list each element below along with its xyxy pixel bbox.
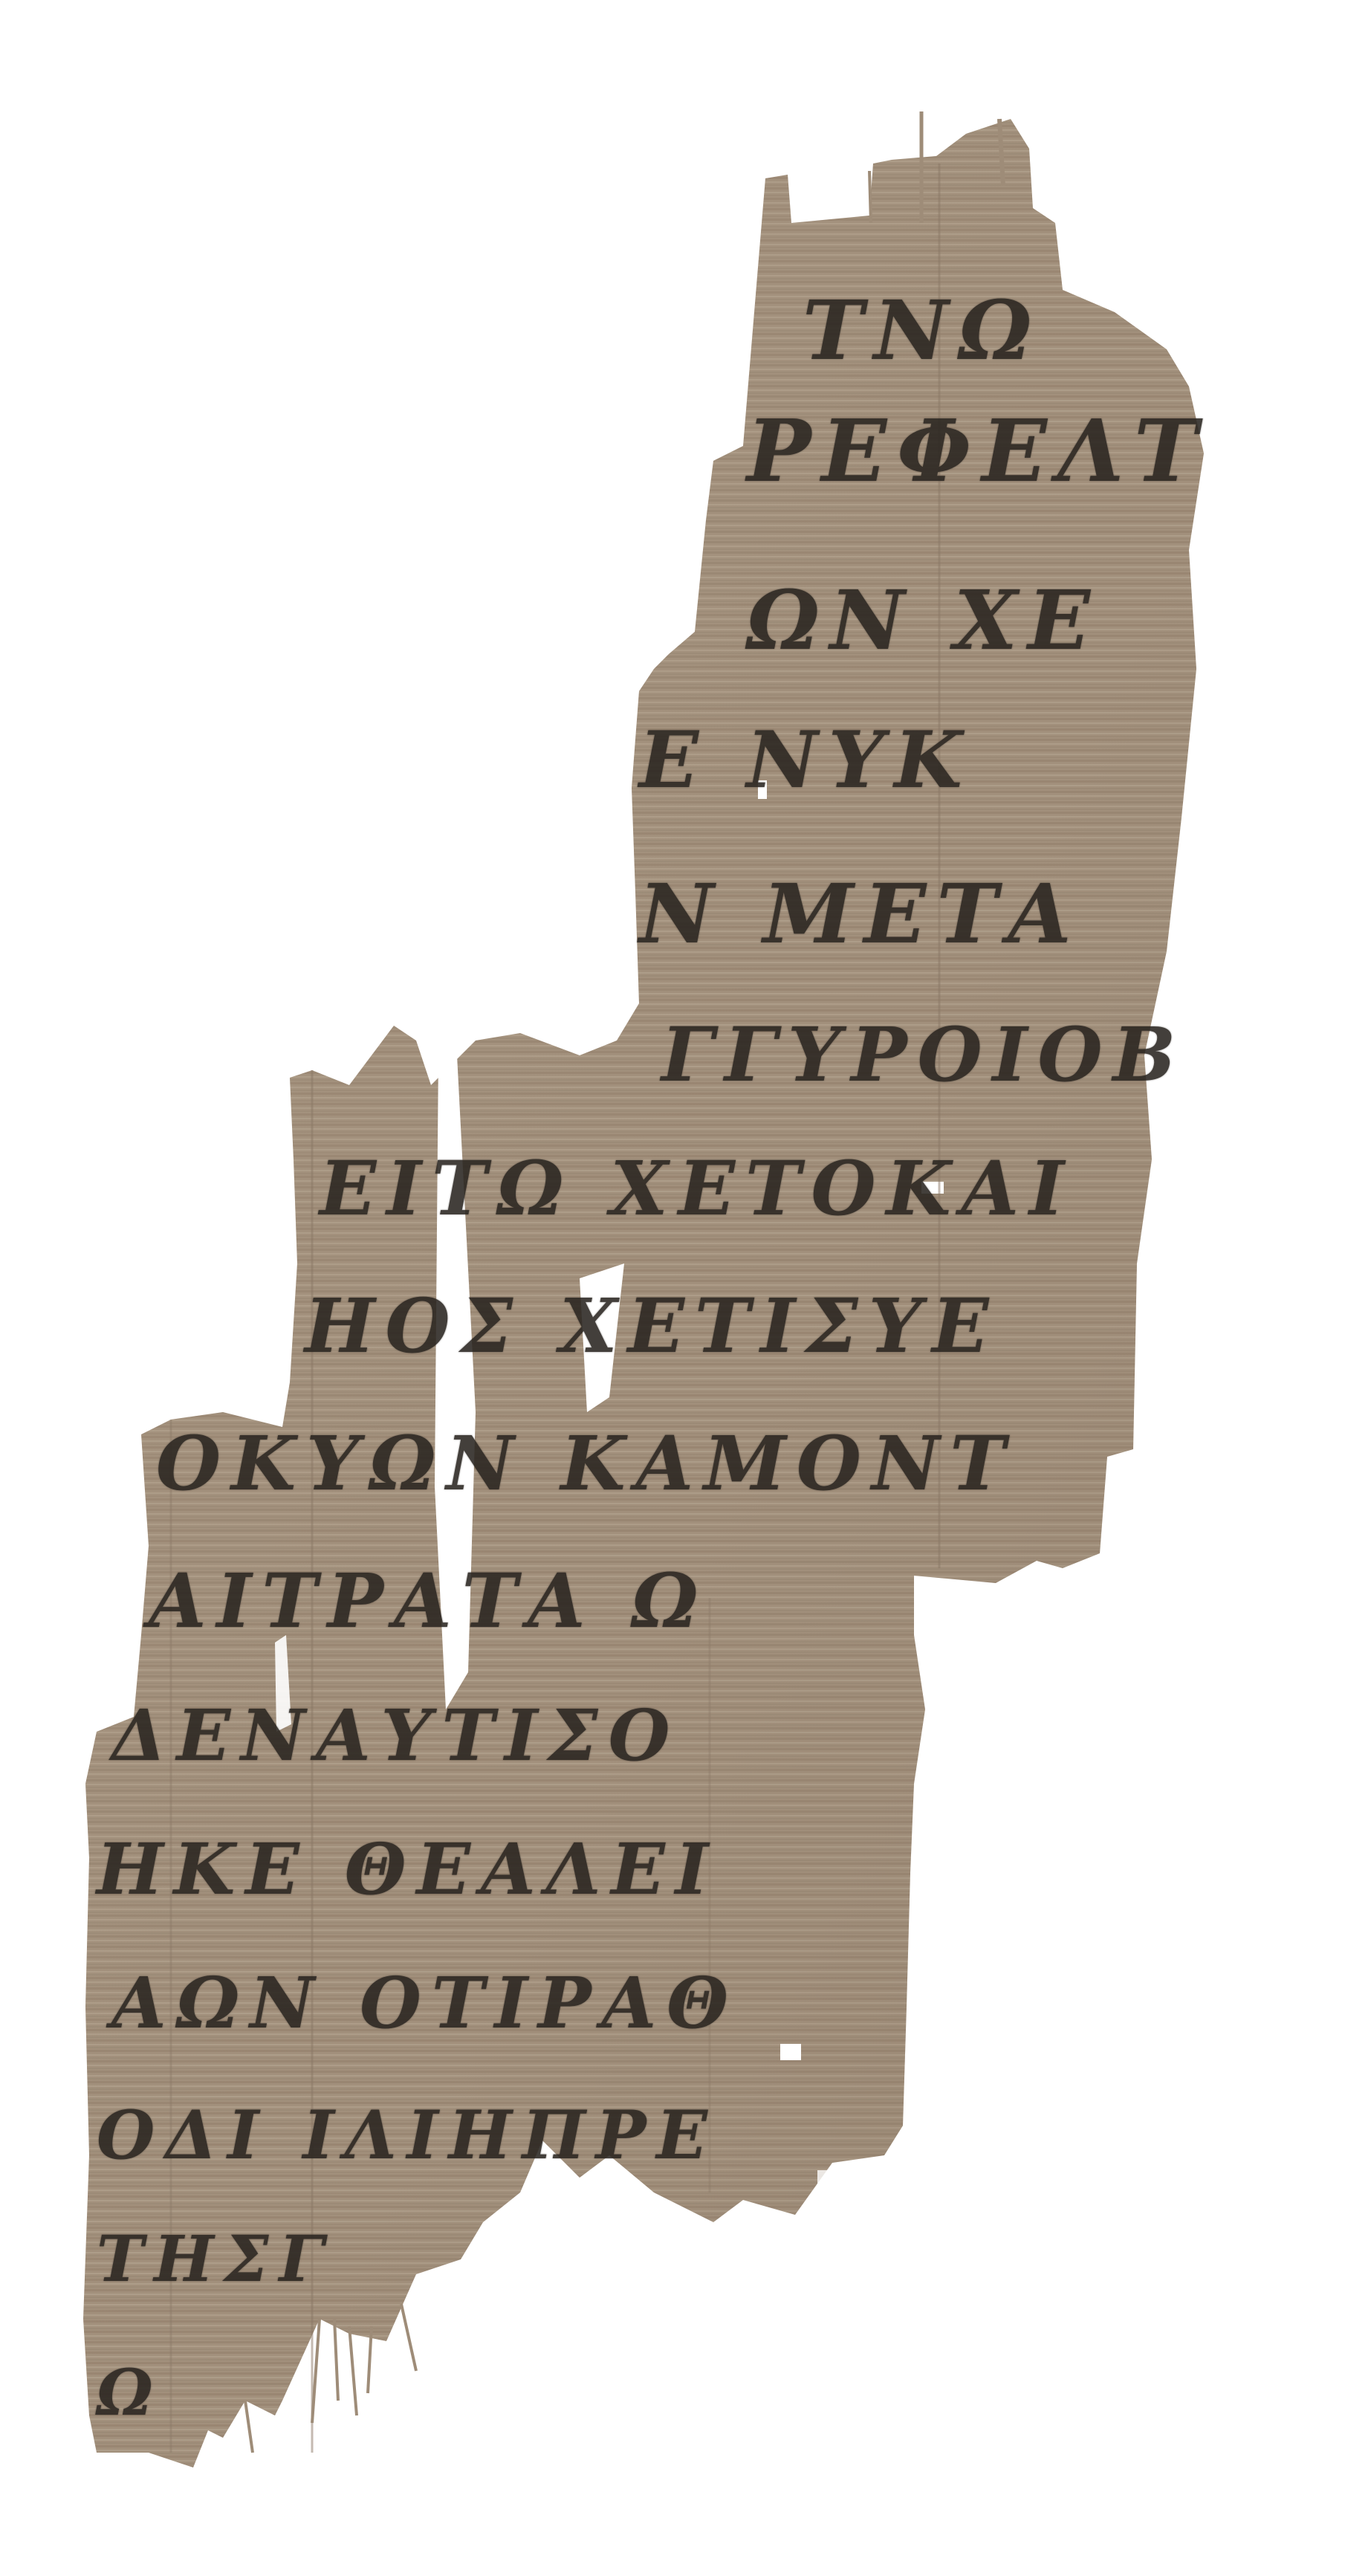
text-line-13: ΑΩΝ ΟΤΙΡΑΘ [111,1962,739,2045]
text-line-8: ΗΟΣ ΧΕΤΙΣΥΕ [305,1282,999,1370]
text-line-14: ΟΔΙ ΙΛΙΗΠΡΕ [97,2096,718,2175]
text-line-7: ΕΙΤΩ ΧΕΤΟΚΑΙ [320,1145,1075,1232]
text-line-1: ΤΝΩ [803,282,1042,378]
text-line-12: ΗΚΕ ΘΕΑΛΕΙ [97,1828,719,1911]
text-line-11: ΔΕΝΑΥΤΙΣΟ [111,1695,681,1777]
text-line-5: Ν ΜΕΤΑ [639,866,1082,962]
text-line-16: Ω [97,2356,163,2430]
text-line-3: ΩΝ ΧΕ [747,572,1101,668]
text-line-2: ΡΕΦΕΛΤ [747,401,1208,502]
photo-stage: ΤΝΩ ΡΕΦΕΛΤ ΩΝ ΧΕ Ε ΝΥΚ Ν ΜΕΤΑ ΓΓΥΡΟΙΟΒ Ε… [0,0,1371,2576]
text-line-15: ΤΗΣΓ [97,2222,334,2297]
text-line-4: Ε ΝΥΚ [639,713,973,806]
text-line-10: ΑΙΤΡΑΤΑ Ω [149,1557,708,1645]
text-line-9: ΟΚΥΩΝ ΚΑΜΟΝΤ [156,1420,1016,1507]
text-line-6: ΓΓΥΡΟΙΟΒ [661,1011,1186,1098]
